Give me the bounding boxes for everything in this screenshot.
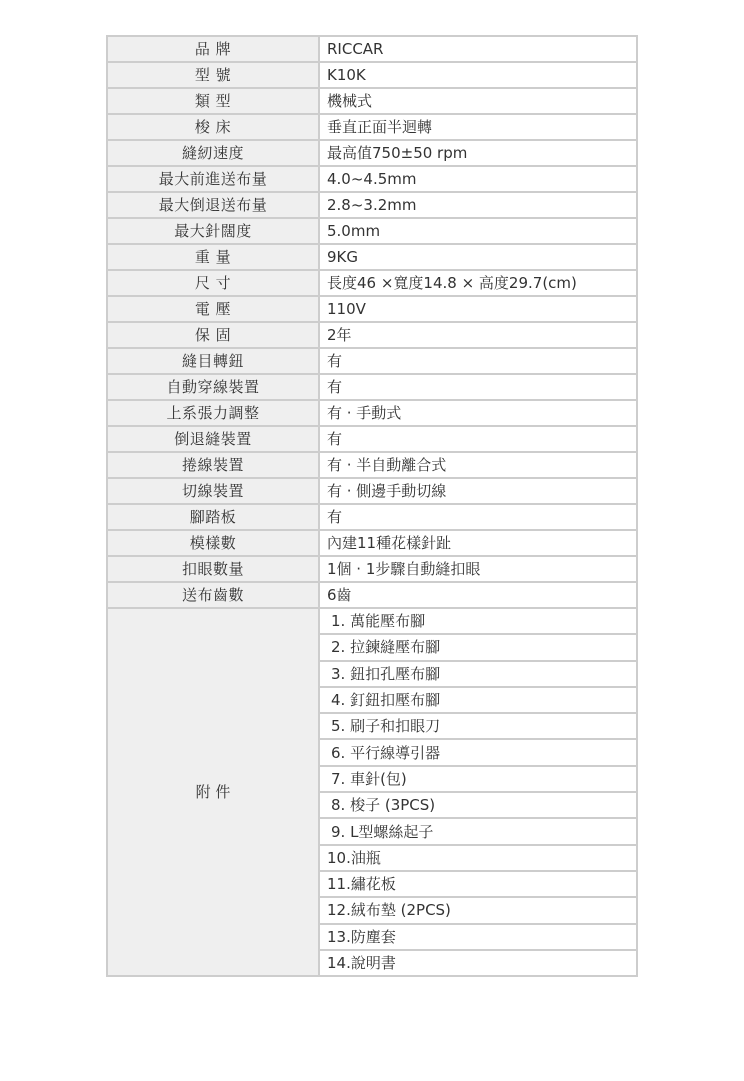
table-row-patterns: 模樣數 內建11種花樣針趾 [107, 530, 637, 556]
table-row-reverse-stitch: 倒退縫裝置 有 [107, 426, 637, 452]
spec-label: 模樣數 [107, 530, 319, 556]
spec-label: 自動穿線裝置 [107, 374, 319, 400]
spec-value: 9KG [319, 244, 637, 270]
accessory-item: 9. L型螺絲起子 [319, 818, 637, 844]
accessory-item: 10.油瓶 [319, 845, 637, 871]
spec-label: 上系張力調整 [107, 400, 319, 426]
spec-table: 品 牌 RICCAR 型 號 K10K 類 型 機械式 梭 床 垂直正面半迴轉 … [106, 35, 638, 977]
spec-value: 有 [319, 504, 637, 530]
spec-value: 垂直正面半迴轉 [319, 114, 637, 140]
spec-label: 縫紉速度 [107, 140, 319, 166]
spec-value: 最高值750±50 rpm [319, 140, 637, 166]
spec-label: 倒退縫裝置 [107, 426, 319, 452]
table-row-type: 類 型 機械式 [107, 88, 637, 114]
spec-label: 最大前進送布量 [107, 166, 319, 192]
accessory-item: 5. 刷子和扣眼刀 [319, 713, 637, 739]
spec-label: 捲線裝置 [107, 452, 319, 478]
spec-value: 有 [319, 374, 637, 400]
spec-label: 切線裝置 [107, 478, 319, 504]
table-row-thread-cutter: 切線裝置 有 · 側邊手動切線 [107, 478, 637, 504]
spec-label: 送布齒數 [107, 582, 319, 608]
spec-value: 長度46 ×寬度14.8 × 高度29.7(cm) [319, 270, 637, 296]
spec-value: 5.0mm [319, 218, 637, 244]
table-row-accessory: 附 件 1. 萬能壓布腳 [107, 608, 637, 634]
spec-value: 內建11種花樣針趾 [319, 530, 637, 556]
spec-value: 有 · 手動式 [319, 400, 637, 426]
accessory-item: 12.絨布墊 (2PCS) [319, 897, 637, 923]
table-row-brand: 品 牌 RICCAR [107, 36, 637, 62]
spec-value: 有 [319, 426, 637, 452]
spec-value: 110V [319, 296, 637, 322]
spec-label: 梭 床 [107, 114, 319, 140]
accessory-item: 4. 釘鈕扣壓布腳 [319, 687, 637, 713]
accessory-item: 6. 平行線導引器 [319, 739, 637, 765]
accessory-item: 3. 鈕扣孔壓布腳 [319, 661, 637, 687]
spec-label: 類 型 [107, 88, 319, 114]
spec-label: 扣眼數量 [107, 556, 319, 582]
table-row-max-reverse-feed: 最大倒退送布量 2.8~3.2mm [107, 192, 637, 218]
accessory-item: 1. 萬能壓布腳 [319, 608, 637, 634]
table-row-feed-dogs: 送布齒數 6齒 [107, 582, 637, 608]
table-row-buttonholes: 扣眼數量 1個 · 1步驟自動縫扣眼 [107, 556, 637, 582]
spec-label: 縫目轉鈕 [107, 348, 319, 374]
accessory-item: 14.說明書 [319, 950, 637, 976]
table-row-max-forward-feed: 最大前進送布量 4.0~4.5mm [107, 166, 637, 192]
spec-value: 2年 [319, 322, 637, 348]
table-row-dimensions: 尺 寸 長度46 ×寬度14.8 × 高度29.7(cm) [107, 270, 637, 296]
accessory-item: 13.防塵套 [319, 924, 637, 950]
accessory-item: 7. 車針(包) [319, 766, 637, 792]
accessories-label: 附 件 [107, 608, 319, 976]
accessory-item: 11.繡花板 [319, 871, 637, 897]
table-row-sewing-speed: 縫紉速度 最高值750±50 rpm [107, 140, 637, 166]
spec-label: 最大倒退送布量 [107, 192, 319, 218]
table-row-max-stitch-width: 最大針闊度 5.0mm [107, 218, 637, 244]
spec-label: 電 壓 [107, 296, 319, 322]
table-row-weight: 重 量 9KG [107, 244, 637, 270]
spec-label: 型 號 [107, 62, 319, 88]
table-row-auto-threader: 自動穿線裝置 有 [107, 374, 637, 400]
spec-value: K10K [319, 62, 637, 88]
spec-label: 尺 寸 [107, 270, 319, 296]
spec-value: 1個 · 1步驟自動縫扣眼 [319, 556, 637, 582]
spec-label: 腳踏板 [107, 504, 319, 530]
spec-value: 機械式 [319, 88, 637, 114]
spec-label: 最大針闊度 [107, 218, 319, 244]
table-row-stitch-dial: 縫目轉鈕 有 [107, 348, 637, 374]
spec-label: 保 固 [107, 322, 319, 348]
spec-value: RICCAR [319, 36, 637, 62]
spec-value: 有 [319, 348, 637, 374]
spec-value: 6齒 [319, 582, 637, 608]
spec-label: 重 量 [107, 244, 319, 270]
table-row-shuttle: 梭 床 垂直正面半迴轉 [107, 114, 637, 140]
spec-value: 有 · 側邊手動切線 [319, 478, 637, 504]
accessory-item: 2. 拉鍊縫壓布腳 [319, 634, 637, 660]
spec-value: 有 · 半自動離合式 [319, 452, 637, 478]
spec-label: 品 牌 [107, 36, 319, 62]
spec-value: 4.0~4.5mm [319, 166, 637, 192]
accessory-item: 8. 梭子 (3PCS) [319, 792, 637, 818]
table-row-upper-tension: 上系張力調整 有 · 手動式 [107, 400, 637, 426]
spec-value: 2.8~3.2mm [319, 192, 637, 218]
table-row-model: 型 號 K10K [107, 62, 637, 88]
table-row-warranty: 保 固 2年 [107, 322, 637, 348]
table-row-bobbin-winder: 捲線裝置 有 · 半自動離合式 [107, 452, 637, 478]
table-row-voltage: 電 壓 110V [107, 296, 637, 322]
table-row-foot-pedal: 腳踏板 有 [107, 504, 637, 530]
